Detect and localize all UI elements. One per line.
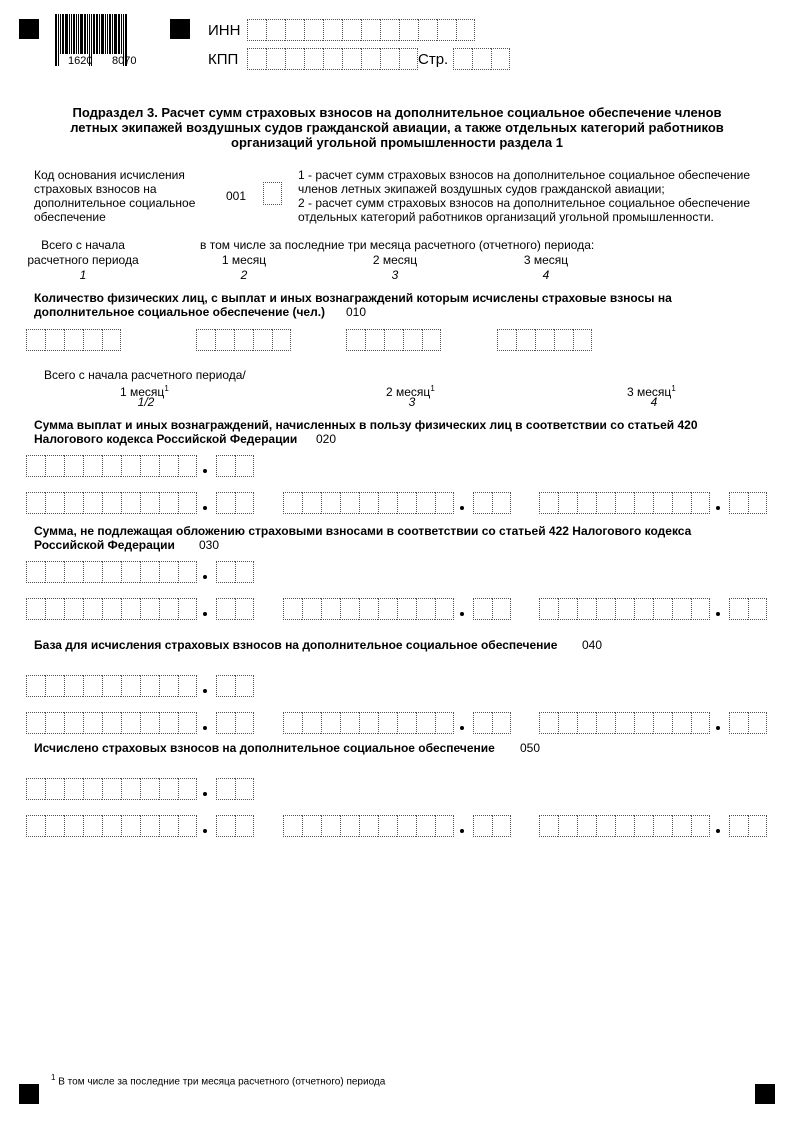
char-cell[interactable] — [403, 329, 422, 351]
line-020-total-field-integer[interactable] — [26, 455, 197, 477]
char-cell[interactable] — [140, 815, 159, 837]
char-cell[interactable] — [422, 329, 441, 351]
char-cell[interactable] — [302, 815, 321, 837]
char-cell[interactable] — [492, 815, 511, 837]
line-020-total-field-fraction[interactable] — [216, 455, 254, 477]
char-cell[interactable] — [283, 712, 302, 734]
line-030-total-field-integer[interactable] — [26, 561, 197, 583]
char-cell[interactable] — [45, 815, 64, 837]
char-cell[interactable] — [64, 712, 83, 734]
char-cell[interactable] — [302, 492, 321, 514]
char-cell[interactable] — [359, 492, 378, 514]
char-cell[interactable] — [235, 561, 254, 583]
line-050-month1-field-integer[interactable] — [26, 815, 197, 837]
char-cell[interactable] — [45, 561, 64, 583]
char-cell[interactable] — [691, 598, 710, 620]
char-cell[interactable] — [45, 675, 64, 697]
inn-field[interactable] — [247, 19, 475, 41]
char-cell[interactable] — [691, 712, 710, 734]
char-cell[interactable] — [83, 712, 102, 734]
char-cell[interactable] — [178, 675, 197, 697]
char-cell[interactable] — [159, 778, 178, 800]
char-cell[interactable] — [340, 815, 359, 837]
col-total-num: 1 — [20, 268, 146, 282]
char-cell[interactable] — [596, 712, 615, 734]
section-title-line-3: организаций угольной промышленности разд… — [0, 135, 794, 150]
char-cell[interactable] — [672, 712, 691, 734]
char-cell[interactable] — [83, 675, 102, 697]
char-cell[interactable] — [121, 778, 140, 800]
char-cell[interactable] — [577, 492, 596, 514]
char-cell[interactable] — [323, 48, 342, 70]
char-cell[interactable] — [121, 455, 140, 477]
char-cell[interactable] — [121, 598, 140, 620]
decimal-point — [203, 469, 207, 473]
line-020-code: 020 — [316, 432, 336, 446]
footnote-ref: 1 — [164, 384, 168, 393]
line-040-month2-field-fraction[interactable] — [473, 712, 511, 734]
char-cell[interactable] — [216, 598, 235, 620]
char-cell[interactable] — [216, 561, 235, 583]
char-cell[interactable] — [178, 598, 197, 620]
char-cell[interactable] — [283, 598, 302, 620]
char-cell[interactable] — [159, 598, 178, 620]
char-cell[interactable] — [140, 598, 159, 620]
line-020-month3-field-integer[interactable] — [539, 492, 710, 514]
char-cell[interactable] — [26, 598, 45, 620]
char-cell[interactable] — [437, 19, 456, 41]
char-cell[interactable] — [102, 329, 121, 351]
char-cell[interactable] — [418, 19, 437, 41]
line-050-total-field-integer[interactable] — [26, 778, 197, 800]
char-cell[interactable] — [285, 48, 304, 70]
char-cell[interactable] — [235, 492, 254, 514]
char-cell[interactable] — [539, 815, 558, 837]
char-cell[interactable] — [615, 492, 634, 514]
char-cell[interactable] — [45, 712, 64, 734]
page-number-field[interactable] — [453, 48, 510, 70]
char-cell[interactable] — [253, 329, 272, 351]
char-cell[interactable] — [26, 561, 45, 583]
char-cell[interactable] — [159, 455, 178, 477]
char-cell[interactable] — [83, 598, 102, 620]
char-cell[interactable] — [64, 675, 83, 697]
char-cell[interactable] — [361, 19, 380, 41]
char-cell[interactable] — [102, 712, 121, 734]
line-020-month2-field-integer[interactable] — [283, 492, 454, 514]
char-cell[interactable] — [492, 712, 511, 734]
char-cell[interactable] — [140, 712, 159, 734]
char-cell[interactable] — [416, 598, 435, 620]
char-cell[interactable] — [102, 561, 121, 583]
char-cell[interactable] — [359, 712, 378, 734]
char-cell[interactable] — [539, 492, 558, 514]
line-010-label-1: Количество физических лиц, с выплат и ин… — [34, 291, 672, 305]
line-030-month1-field-integer[interactable] — [26, 598, 197, 620]
decimal-point — [203, 726, 207, 730]
char-cell[interactable] — [304, 48, 323, 70]
line-030-code: 030 — [199, 538, 219, 552]
char-cell[interactable] — [473, 492, 492, 514]
code-basis-option-2b: отдельных категорий работников организац… — [298, 210, 714, 224]
line-010-month3-field[interactable] — [497, 329, 592, 351]
line-040-month2-field-integer[interactable] — [283, 712, 454, 734]
char-cell[interactable] — [399, 48, 418, 70]
char-cell[interactable] — [283, 815, 302, 837]
kpp-field[interactable] — [247, 48, 418, 70]
section-title-line-2: летных экипажей воздушных судов гражданс… — [0, 120, 794, 135]
char-cell[interactable] — [748, 815, 767, 837]
char-cell[interactable] — [302, 598, 321, 620]
char-cell[interactable] — [45, 778, 64, 800]
char-cell[interactable] — [691, 492, 710, 514]
line-040-code: 040 — [582, 638, 602, 652]
col-month3-num: 4 — [496, 268, 596, 282]
char-cell[interactable] — [535, 329, 554, 351]
char-cell[interactable] — [397, 492, 416, 514]
char-cell[interactable] — [64, 815, 83, 837]
char-cell[interactable] — [359, 598, 378, 620]
char-cell[interactable] — [26, 675, 45, 697]
line-040-month3-field-integer[interactable] — [539, 712, 710, 734]
footnote: 1 В том числе за последние три месяца ра… — [51, 1071, 385, 1089]
char-cell[interactable] — [216, 815, 235, 837]
char-cell[interactable] — [266, 19, 285, 41]
char-cell[interactable] — [397, 815, 416, 837]
char-cell[interactable] — [596, 492, 615, 514]
line-040-month1-field-fraction[interactable] — [216, 712, 254, 734]
char-cell[interactable] — [159, 675, 178, 697]
char-cell[interactable] — [235, 778, 254, 800]
char-cell[interactable] — [102, 778, 121, 800]
char-cell[interactable] — [691, 815, 710, 837]
char-cell[interactable] — [216, 455, 235, 477]
char-cell[interactable] — [323, 19, 342, 41]
char-cell[interactable] — [729, 712, 748, 734]
char-cell[interactable] — [247, 48, 266, 70]
char-cell[interactable] — [399, 19, 418, 41]
char-cell[interactable] — [634, 815, 653, 837]
col-month1-num: 2 — [194, 268, 294, 282]
decimal-point — [203, 829, 207, 833]
char-cell[interactable] — [178, 561, 197, 583]
char-cell[interactable] — [346, 329, 365, 351]
corner-marker-top-mid — [170, 19, 190, 39]
corner-marker-top-left — [19, 19, 39, 39]
char-cell[interactable] — [359, 815, 378, 837]
char-cell[interactable] — [615, 815, 634, 837]
char-cell[interactable] — [26, 455, 45, 477]
col-month1-label: 1 месяц — [194, 253, 294, 267]
line-020-month3-field-fraction[interactable] — [729, 492, 767, 514]
char-cell[interactable] — [453, 48, 472, 70]
inn-label: ИНН — [208, 22, 240, 40]
char-cell[interactable] — [140, 561, 159, 583]
line-020-month2-field-fraction[interactable] — [473, 492, 511, 514]
char-cell[interactable] — [83, 815, 102, 837]
char-cell[interactable] — [558, 712, 577, 734]
char-cell[interactable] — [342, 48, 361, 70]
char-cell[interactable] — [321, 712, 340, 734]
char-cell[interactable] — [596, 598, 615, 620]
char-cell[interactable] — [456, 19, 475, 41]
line-050-month2-field-integer[interactable] — [283, 815, 454, 837]
char-cell[interactable] — [102, 675, 121, 697]
line-010-month1-field[interactable] — [196, 329, 291, 351]
char-cell[interactable] — [492, 492, 511, 514]
char-cell[interactable] — [121, 561, 140, 583]
char-cell[interactable] — [272, 329, 291, 351]
line-020-label-2: Налогового кодекса Российской Федерации — [34, 432, 297, 446]
char-cell[interactable] — [266, 48, 285, 70]
col-month2-num: 3 — [345, 268, 445, 282]
char-cell[interactable] — [340, 492, 359, 514]
line-020-month1-field-fraction[interactable] — [216, 492, 254, 514]
line-040-total-field-integer[interactable] — [26, 675, 197, 697]
line-030-label-2: Российской Федерации — [34, 538, 175, 552]
char-cell[interactable] — [83, 455, 102, 477]
char-cell[interactable] — [492, 598, 511, 620]
char-cell[interactable] — [121, 712, 140, 734]
char-cell[interactable] — [159, 712, 178, 734]
char-cell[interactable] — [178, 815, 197, 837]
char-cell[interactable] — [140, 675, 159, 697]
char-cell[interactable] — [634, 492, 653, 514]
char-cell[interactable] — [653, 815, 672, 837]
char-cell[interactable] — [491, 48, 510, 70]
char-cell[interactable] — [26, 815, 45, 837]
char-cell[interactable] — [216, 675, 235, 697]
char-cell[interactable] — [361, 48, 380, 70]
char-cell[interactable] — [83, 329, 102, 351]
char-cell[interactable] — [378, 598, 397, 620]
char-cell[interactable] — [558, 598, 577, 620]
char-cell[interactable] — [26, 778, 45, 800]
char-cell[interactable] — [435, 492, 454, 514]
char-cell[interactable] — [321, 598, 340, 620]
char-cell[interactable] — [748, 492, 767, 514]
char-cell[interactable] — [45, 455, 64, 477]
char-cell[interactable] — [516, 329, 535, 351]
char-cell[interactable] — [634, 712, 653, 734]
char-cell[interactable] — [26, 329, 45, 351]
code-basis-field[interactable] — [263, 182, 282, 204]
footnote-mark: 1 — [51, 1073, 55, 1082]
line-040-month1-field-integer[interactable] — [26, 712, 197, 734]
line-030-month3-field-fraction[interactable] — [729, 598, 767, 620]
char-cell[interactable] — [283, 492, 302, 514]
char-cell[interactable] — [416, 712, 435, 734]
line-040-total-field-fraction[interactable] — [216, 675, 254, 697]
decimal-point — [716, 506, 720, 510]
char-cell[interactable] — [178, 455, 197, 477]
decimal-point — [460, 612, 464, 616]
char-cell[interactable] — [365, 329, 384, 351]
char-cell[interactable] — [672, 598, 691, 620]
char-cell[interactable] — [653, 712, 672, 734]
char-cell[interactable] — [397, 712, 416, 734]
line-050-month3-field-fraction[interactable] — [729, 815, 767, 837]
footnote-text: В том числе за последние три месяца расч… — [58, 1076, 385, 1087]
line-050-month3-field-integer[interactable] — [539, 815, 710, 837]
char-cell[interactable] — [45, 492, 64, 514]
char-cell[interactable] — [634, 598, 653, 620]
char-cell[interactable] — [653, 492, 672, 514]
char-cell[interactable] — [83, 492, 102, 514]
char-cell[interactable] — [64, 492, 83, 514]
char-cell[interactable] — [554, 329, 573, 351]
barcode-number-left: 1620 — [68, 55, 92, 67]
char-cell[interactable] — [558, 492, 577, 514]
char-cell[interactable] — [748, 712, 767, 734]
col-total-label-2: расчетного периода — [20, 253, 146, 267]
char-cell[interactable] — [539, 598, 558, 620]
char-cell[interactable] — [64, 455, 83, 477]
char-cell[interactable] — [83, 561, 102, 583]
char-cell[interactable] — [216, 712, 235, 734]
char-cell[interactable] — [196, 329, 215, 351]
char-cell[interactable] — [235, 598, 254, 620]
line-050-total-field-fraction[interactable] — [216, 778, 254, 800]
char-cell[interactable] — [26, 712, 45, 734]
char-cell[interactable] — [615, 598, 634, 620]
line-010-month2-field[interactable] — [346, 329, 441, 351]
char-cell[interactable] — [472, 48, 491, 70]
char-cell[interactable] — [729, 598, 748, 620]
line-050-month1-field-fraction[interactable] — [216, 815, 254, 837]
char-cell[interactable] — [215, 329, 234, 351]
char-cell[interactable] — [140, 778, 159, 800]
line-030-month1-field-fraction[interactable] — [216, 598, 254, 620]
char-cell[interactable] — [378, 815, 397, 837]
char-cell[interactable] — [321, 815, 340, 837]
char-cell[interactable] — [64, 778, 83, 800]
line-030-month2-field-integer[interactable] — [283, 598, 454, 620]
char-cell[interactable] — [435, 712, 454, 734]
char-cell[interactable] — [380, 48, 399, 70]
char-cell[interactable] — [497, 329, 516, 351]
char-cell[interactable] — [558, 815, 577, 837]
char-cell[interactable] — [102, 455, 121, 477]
char-cell[interactable] — [416, 492, 435, 514]
line-050-month2-field-fraction[interactable] — [473, 815, 511, 837]
char-cell[interactable] — [573, 329, 592, 351]
char-cell[interactable] — [235, 712, 254, 734]
char-cell[interactable] — [216, 778, 235, 800]
char-cell[interactable] — [64, 561, 83, 583]
char-cell[interactable] — [577, 712, 596, 734]
char-cell[interactable] — [378, 712, 397, 734]
char-cell[interactable] — [340, 598, 359, 620]
char-cell[interactable] — [64, 598, 83, 620]
line-040-month3-field-fraction[interactable] — [729, 712, 767, 734]
decimal-point — [460, 726, 464, 730]
char-cell[interactable] — [577, 815, 596, 837]
char-cell[interactable] — [380, 19, 399, 41]
char-cell[interactable] — [159, 561, 178, 583]
char-cell[interactable] — [178, 778, 197, 800]
char-cell[interactable] — [178, 712, 197, 734]
char-cell[interactable] — [235, 815, 254, 837]
char-cell[interactable] — [435, 815, 454, 837]
corner-marker-bottom-left — [19, 1084, 39, 1104]
char-cell[interactable] — [340, 712, 359, 734]
char-cell[interactable] — [435, 598, 454, 620]
char-cell[interactable] — [473, 712, 492, 734]
char-cell[interactable] — [397, 598, 416, 620]
char-cell[interactable] — [216, 492, 235, 514]
barcode-number-right: 8070 — [112, 55, 136, 67]
char-cell[interactable] — [342, 19, 361, 41]
char-cell[interactable] — [539, 712, 558, 734]
char-cell[interactable] — [102, 815, 121, 837]
char-cell[interactable] — [235, 675, 254, 697]
char-cell[interactable] — [247, 19, 266, 41]
char-cell[interactable] — [235, 455, 254, 477]
decimal-point — [460, 829, 464, 833]
char-cell[interactable] — [473, 815, 492, 837]
char-cell[interactable] — [140, 455, 159, 477]
line-050-code: 050 — [520, 741, 540, 755]
char-cell[interactable] — [384, 329, 403, 351]
code-basis-option-2a: 2 - расчет сумм страховых взносов на доп… — [298, 196, 750, 210]
char-cell[interactable] — [45, 329, 64, 351]
code-basis-option-1a: 1 - расчет сумм страховых взносов на доп… — [298, 168, 750, 182]
char-cell[interactable] — [321, 492, 340, 514]
char-cell[interactable] — [140, 492, 159, 514]
char-cell[interactable] — [302, 712, 321, 734]
line-030-month2-field-fraction[interactable] — [473, 598, 511, 620]
decimal-point — [460, 506, 464, 510]
char-cell[interactable] — [26, 492, 45, 514]
char-cell[interactable] — [378, 492, 397, 514]
col-month2-label: 2 месяц — [345, 253, 445, 267]
char-cell[interactable] — [748, 598, 767, 620]
char-cell[interactable] — [45, 598, 64, 620]
char-cell[interactable] — [416, 815, 435, 837]
char-cell[interactable] — [121, 675, 140, 697]
line-030-month3-field-integer[interactable] — [539, 598, 710, 620]
char-cell[interactable] — [596, 815, 615, 837]
char-cell[interactable] — [577, 598, 596, 620]
char-cell[interactable] — [729, 815, 748, 837]
char-cell[interactable] — [121, 815, 140, 837]
char-cell[interactable] — [473, 598, 492, 620]
char-cell[interactable] — [83, 778, 102, 800]
char-cell[interactable] — [102, 492, 121, 514]
char-cell[interactable] — [64, 329, 83, 351]
char-cell[interactable] — [615, 712, 634, 734]
char-cell[interactable] — [121, 492, 140, 514]
char-cell[interactable] — [304, 19, 323, 41]
line-010-total-field[interactable] — [26, 329, 121, 351]
line-030-total-field-fraction[interactable] — [216, 561, 254, 583]
col-including-label: в том числе за последние три месяца расч… — [200, 238, 594, 252]
char-cell[interactable] — [729, 492, 748, 514]
char-cell[interactable] — [653, 598, 672, 620]
char-cell[interactable] — [672, 815, 691, 837]
line-020-month1-field-integer[interactable] — [26, 492, 197, 514]
char-cell[interactable] — [234, 329, 253, 351]
char-cell[interactable] — [285, 19, 304, 41]
char-cell[interactable] — [159, 815, 178, 837]
char-cell[interactable] — [672, 492, 691, 514]
char-cell[interactable] — [102, 598, 121, 620]
decimal-point — [203, 506, 207, 510]
line-010-label-2: дополнительное социальное обеспечение (ч… — [34, 305, 325, 319]
char-cell[interactable] — [159, 492, 178, 514]
char-cell[interactable] — [178, 492, 197, 514]
